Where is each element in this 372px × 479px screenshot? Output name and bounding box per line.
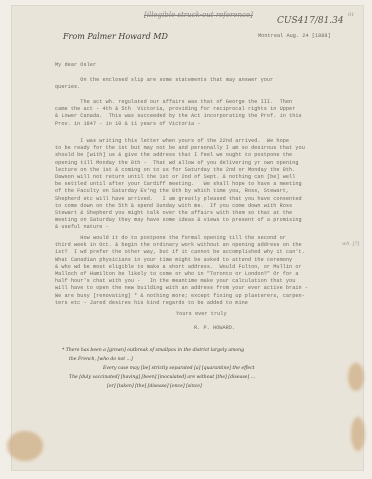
salutation: My dear Osler	[55, 62, 96, 69]
corner-mark: 01	[348, 12, 354, 18]
paragraph: How would it do to postpone the formal o…	[55, 235, 345, 307]
handwritten-note-line: the French, [who do not ...]	[69, 357, 133, 362]
handwritten-note-line: * There has been a [grown] outbreak of s…	[62, 348, 244, 353]
letter-page: [illegible struck-out reference] CUS417/…	[11, 5, 364, 471]
stain-mark	[351, 417, 365, 451]
stain-mark	[348, 363, 364, 391]
paragraph: I was writing this letter when yours of …	[55, 138, 345, 232]
handwritten-note-line: Every case may [be] strictly separated […	[103, 366, 255, 371]
paragraph: On the enclosed slip are some statements…	[55, 77, 345, 91]
handwritten-note-line: [or] [taken] [the] [disease] [once] [sin…	[107, 384, 202, 389]
stain-mark	[7, 431, 43, 461]
signature: R. P. HOWARD.	[194, 325, 235, 332]
place-date: Montreal Aug. 24 [1888]	[258, 33, 331, 40]
handwritten-note-line: The [duly vaccinated] [having] [been] [i…	[69, 375, 255, 380]
margin-note: wh. [?]	[342, 241, 359, 247]
paragraph: The act wh. regulated our affairs was th…	[55, 99, 345, 128]
handwritten-heading: From Palmer Howard MD	[63, 32, 168, 41]
archive-reference-crossed: [illegible struck-out reference]	[144, 11, 253, 19]
archive-reference: CUS417/81.34	[277, 16, 344, 26]
closing: Yours ever truly	[176, 311, 227, 318]
